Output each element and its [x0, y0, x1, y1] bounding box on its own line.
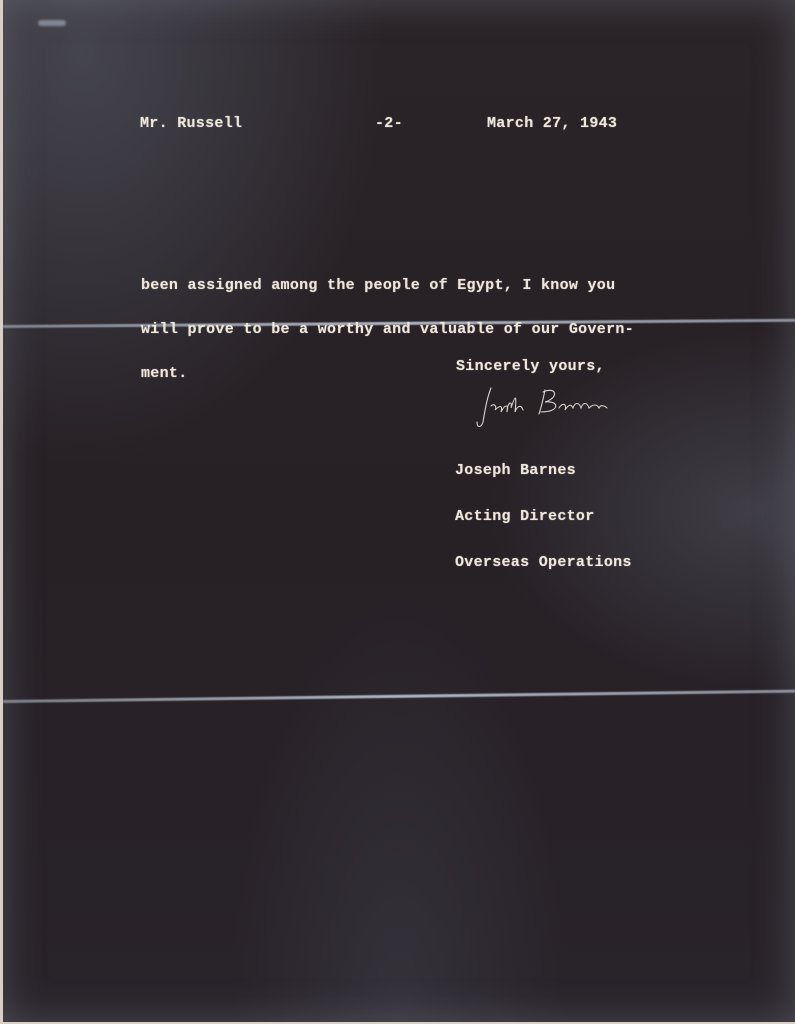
letter-page: Mr. Russell -2- March 27, 1943 been assi…: [3, 0, 795, 1022]
signatory-title: Acting Director: [455, 509, 632, 525]
handwritten-signature: [473, 382, 623, 432]
closing: Sincerely yours,: [456, 359, 605, 374]
body-line: will prove to be a worthy and valuable o…: [141, 322, 634, 336]
signatory-department: Overseas Operations: [455, 555, 632, 571]
header-recipient: Mr. Russell: [140, 116, 242, 131]
paper-mark: [38, 20, 66, 26]
signatory-name: Joseph Barnes: [455, 463, 632, 479]
fold-crease-lower: [3, 690, 795, 703]
body-line: been assigned among the people of Egypt,…: [141, 278, 634, 292]
signature-block: Joseph Barnes Acting Director Overseas O…: [455, 433, 632, 601]
header-page-number: -2-: [375, 116, 403, 131]
header-date: March 27, 1943: [487, 116, 617, 131]
